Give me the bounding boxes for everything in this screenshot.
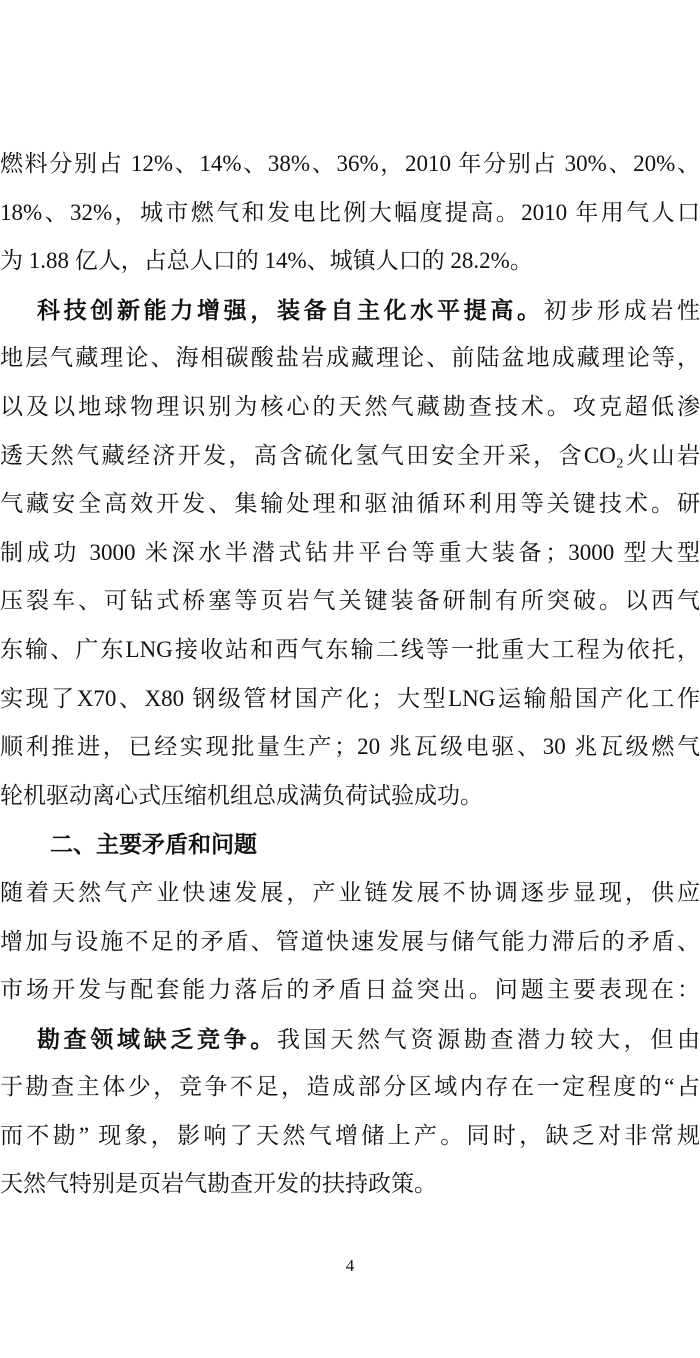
text-line: 18%、32%，城市燃气和发电比例大幅度提高。2010 年用气人口	[0, 189, 700, 238]
text-run: 东输、广东LNG接收站和西气东输二线等一批重大工程为依托，	[0, 637, 700, 662]
text-run: 初步形成岩性	[544, 298, 700, 323]
section-heading: 二、主要矛盾和问题	[0, 820, 700, 869]
text-line: 以及以地球物理识别为核心的天然气藏勘查技术。攻克超低渗	[0, 383, 700, 432]
text-line: 而不勘” 现象，影响了天然气增储上产。同时，缺乏对非常规	[0, 1112, 700, 1161]
text-run: 为 1.88 亿人，占总人口的 14%、城镇人口的 28.2%。	[0, 248, 533, 273]
bold-text-run: 科技创新能力增强，装备自主化水平提高。	[37, 297, 544, 323]
text-run: 我国天然气资源勘查潜力较大，但由	[277, 1027, 700, 1052]
text-run: 顺利推进，已经实现批量生产；20 兆瓦级电驱、30 兆瓦级燃气	[0, 734, 700, 759]
document-body: 燃料分别占 12%、14%、38%、36%，2010 年分别占 30%、20%、…	[0, 140, 700, 1209]
page-footer: 4	[0, 1256, 700, 1276]
text-run: 市场开发与配套能力落后的矛盾日益突出。问题主要表现在：	[0, 977, 700, 1002]
text-line: 东输、广东LNG接收站和西气东输二线等一批重大工程为依托，	[0, 626, 700, 675]
text-line: 于勘查主体少，竞争不足，造成部分区域内存在一定程度的“占	[0, 1063, 700, 1112]
text-run: 实现了X70、X80 钢级管材国产化；大型LNG运输船国产化工作	[0, 686, 700, 711]
text-run: 以及以地球物理识别为核心的天然气藏勘查技术。攻克超低渗	[0, 394, 700, 419]
text-run: 增加与设施不足的矛盾、管道快速发展与储气能力滞后的矛盾、	[0, 929, 700, 954]
text-line: 地层气藏理论、海相碳酸盐岩成藏理论、前陆盆地成藏理论等，	[0, 334, 700, 383]
text-line: 科技创新能力增强，装备自主化水平提高。初步形成岩性	[0, 286, 700, 335]
text-line: 气藏安全高效开发、集输处理和驱油循环利用等关键技术。研	[0, 480, 700, 529]
text-run: 气藏安全高效开发、集输处理和驱油循环利用等关键技术。研	[0, 491, 700, 516]
text-line: 压裂车、可钻式桥塞等页岩气关键装备研制有所突破。以西气	[0, 577, 700, 626]
text-line: 轮机驱动离心式压缩机组总成满负荷试验成功。	[0, 772, 700, 821]
text-run: 而不勘” 现象，影响了天然气增储上产。同时，缺乏对非常规	[0, 1123, 700, 1148]
text-run: 天然气特别是页岩气勘查开发的扶持政策。	[0, 1171, 437, 1196]
text-line: 增加与设施不足的矛盾、管道快速发展与储气能力滞后的矛盾、	[0, 918, 700, 967]
text-line: 制成功 3000 米深水半潜式钻井平台等重大装备；3000 型大型	[0, 529, 700, 578]
text-line: 透天然气藏经济开发，高含硫化氢气田安全开采，含CO₂火山岩	[0, 432, 700, 481]
page-number: 4	[346, 1256, 355, 1275]
text-line: 市场开发与配套能力落后的矛盾日益突出。问题主要表现在：	[0, 966, 700, 1015]
text-run: 于勘查主体少，竞争不足，造成部分区域内存在一定程度的“占	[0, 1074, 700, 1099]
text-line: 实现了X70、X80 钢级管材国产化；大型LNG运输船国产化工作	[0, 675, 700, 724]
text-line: 燃料分别占 12%、14%、38%、36%，2010 年分别占 30%、20%、	[0, 140, 700, 189]
text-run: 轮机驱动离心式压缩机组总成满负荷试验成功。	[0, 783, 483, 808]
text-run: 透天然气藏经济开发，高含硫化氢气田安全开采，含CO₂火山岩	[0, 443, 700, 468]
text-run: 随着天然气产业快速发展，产业链发展不协调逐步显现，供应	[0, 880, 700, 905]
text-run: 18%、32%，城市燃气和发电比例大幅度提高。2010 年用气人口	[0, 200, 700, 225]
text-line: 为 1.88 亿人，占总人口的 14%、城镇人口的 28.2%。	[0, 237, 700, 286]
text-run: 制成功 3000 米深水半潜式钻井平台等重大装备；3000 型大型	[0, 540, 700, 565]
document-page: 燃料分别占 12%、14%、38%、36%，2010 年分别占 30%、20%、…	[0, 0, 700, 1358]
text-run: 压裂车、可钻式桥塞等页岩气关键装备研制有所突破。以西气	[0, 588, 700, 613]
bold-text-run: 勘查领域缺乏竞争。	[37, 1026, 277, 1052]
text-run: 燃料分别占 12%、14%、38%、36%，2010 年分别占 30%、20%、	[0, 151, 700, 176]
bold-text-run: 二、主要矛盾和问题	[50, 831, 257, 857]
text-line: 随着天然气产业快速发展，产业链发展不协调逐步显现，供应	[0, 869, 700, 918]
text-line: 顺利推进，已经实现批量生产；20 兆瓦级电驱、30 兆瓦级燃气	[0, 723, 700, 772]
text-run: 地层气藏理论、海相碳酸盐岩成藏理论、前陆盆地成藏理论等，	[0, 345, 700, 370]
text-line: 勘查领域缺乏竞争。我国天然气资源勘查潜力较大，但由	[0, 1015, 700, 1064]
text-line: 天然气特别是页岩气勘查开发的扶持政策。	[0, 1160, 700, 1209]
